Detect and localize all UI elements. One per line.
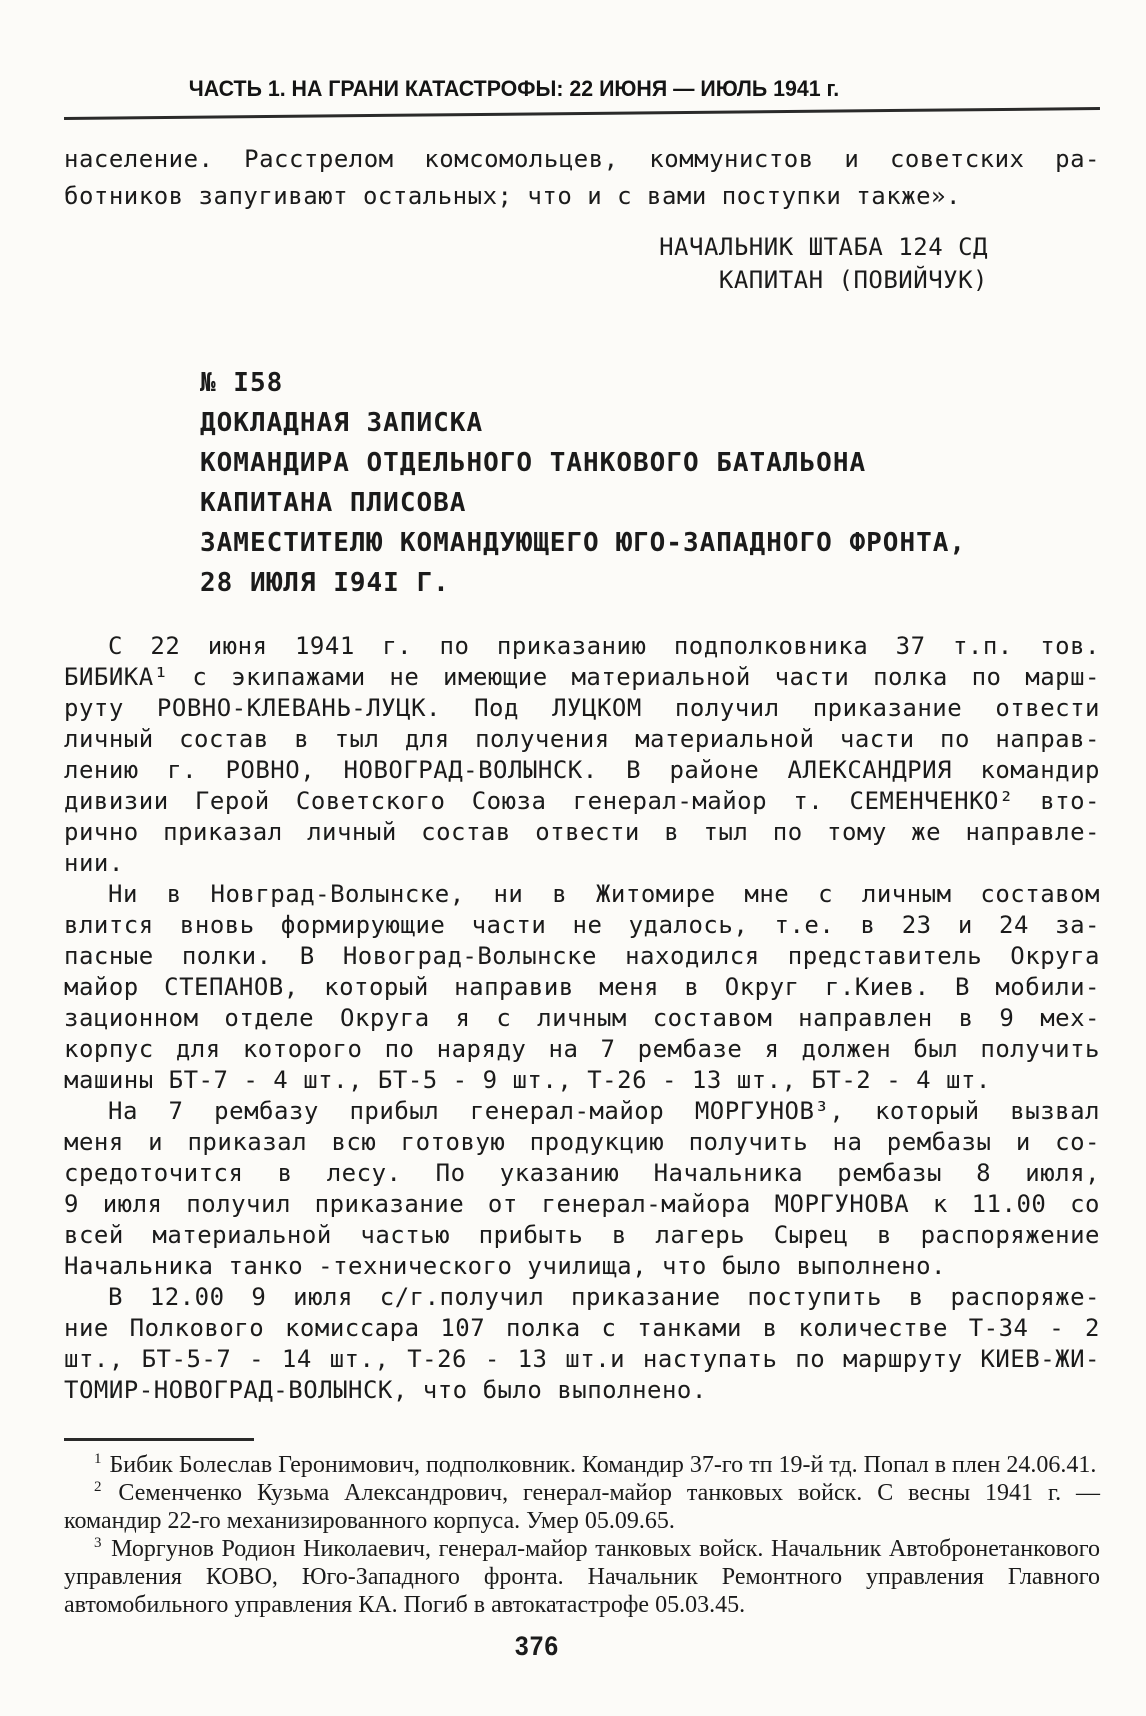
footnotes-section: 1 Бибик Болеслав Геронимович, подполковн… — [64, 1451, 1100, 1619]
text-line: № I58 — [200, 363, 1100, 403]
text-line: Начальника танко -технического училища, … — [64, 1251, 1100, 1282]
text-line: ние Полкового комиссара 107 полка с танк… — [64, 1313, 1100, 1344]
excerpt-paragraph: население. Расстрелом комсомольцев, комм… — [64, 141, 1100, 215]
text-line: меня и приказал всю готовую продукцию по… — [64, 1127, 1100, 1158]
text-line: БИБИКА¹ с экипажами не имеющие материаль… — [64, 662, 1100, 693]
text-line: КАПИТАНА ПЛИСОВА — [200, 483, 1100, 523]
book-page: ЧАСТЬ 1. НА ГРАНИ КАТАСТРОФЫ: 22 ИЮНЯ — … — [0, 0, 1146, 1716]
text-line: ТОМИР-НОВОГРАД-ВОЛЫНСК, что было выполне… — [64, 1375, 1100, 1406]
text-line: корпус для которого по наряду на 7 ремба… — [64, 1034, 1100, 1065]
header-rule — [64, 107, 1100, 120]
text-line: В 12.00 9 июля с/г.получил приказание по… — [64, 1282, 1100, 1313]
text-line: нии. — [64, 848, 1100, 879]
text-line: лению г. РОВНО, НОВОГРАД-ВОЛЫНСК. В райо… — [64, 755, 1100, 786]
footnote-item: 3 Моргунов Родион Николаевич, генерал-ма… — [64, 1535, 1100, 1619]
text-line: всей материальной частью прибыть в лагер… — [64, 1220, 1100, 1251]
text-line: машины БТ-7 - 4 шт., БТ-5 - 9 шт., Т-26 … — [64, 1065, 1100, 1096]
text-line: ботников запугивают остальных; что и с в… — [64, 178, 1100, 215]
signature-block: НАЧАЛЬНИК ШТАБА 124 СДКАПИТАН (ПОВИЙЧУК) — [64, 231, 1100, 297]
document-paragraph: На 7 рембазу прибыл генерал-майор МОРГУН… — [64, 1096, 1100, 1282]
text-line: майор СТЕПАНОВ, который направив меня в … — [64, 972, 1100, 1003]
document-paragraph: Ни в Новград-Волынске, ни в Житомире мне… — [64, 879, 1100, 1096]
text-line: ДОКЛАДНАЯ ЗАПИСКА — [200, 403, 1100, 443]
footnote-item: 1 Бибик Болеслав Геронимович, подполковн… — [64, 1451, 1100, 1479]
text-line: НАЧАЛЬНИК ШТАБА 124 СД — [64, 231, 988, 264]
text-line: рично приказал личный состав отвести в т… — [64, 817, 1100, 848]
page-number: 376 — [60, 1631, 1013, 1662]
text-line: руту РОВНО-КЛЕВАНЬ-ЛУЦК. Под ЛУЦКОМ полу… — [64, 693, 1100, 724]
document-title: № I58ДОКЛАДНАЯ ЗАПИСКАКОМАНДИРА ОТДЕЛЬНО… — [200, 363, 1100, 603]
text-line: влится вновь формирующие части не удалос… — [64, 910, 1100, 941]
text-line: зационном отделе Округа я с личным соста… — [64, 1003, 1100, 1034]
document-body: С 22 июня 1941 г. по приказанию подполко… — [64, 631, 1100, 1406]
text-line: население. Расстрелом комсомольцев, комм… — [64, 141, 1100, 178]
text-line: пасные полки. В Новоград-Волынске находи… — [64, 941, 1100, 972]
text-line: На 7 рембазу прибыл генерал-майор МОРГУН… — [64, 1096, 1100, 1127]
text-line: личный состав в тыл для получения матери… — [64, 724, 1100, 755]
footnote-item: 2 Семенченко Кузьма Александрович, генер… — [64, 1479, 1100, 1535]
text-line: С 22 июня 1941 г. по приказанию подполко… — [64, 631, 1100, 662]
document-paragraph: С 22 июня 1941 г. по приказанию подполко… — [64, 631, 1100, 879]
text-line: дивизии Герой Советского Союза генерал-м… — [64, 786, 1100, 817]
footnote-marker: 3 — [94, 1535, 102, 1551]
text-line: КОМАНДИРА ОТДЕЛЬНОГО ТАНКОВОГО БАТАЛЬОНА — [200, 443, 1100, 483]
footnote-marker: 1 — [94, 1451, 102, 1467]
text-line: Ни в Новград-Волынске, ни в Житомире мне… — [64, 879, 1100, 910]
running-header: ЧАСТЬ 1. НА ГРАНИ КАТАСТРОФЫ: 22 ИЮНЯ — … — [12, 76, 1017, 102]
text-line: 28 ИЮЛЯ I94I Г. — [200, 563, 1100, 603]
footnote-marker: 2 — [94, 1479, 102, 1495]
text-line: 9 июля получил приказание от генерал-май… — [64, 1189, 1100, 1220]
text-line: средоточится в лесу. По указанию Начальн… — [64, 1158, 1100, 1189]
document-paragraph: В 12.00 9 июля с/г.получил приказание по… — [64, 1282, 1100, 1406]
text-line: ЗАМЕСТИТЕЛЮ КОМАНДУЮЩЕГО ЮГО-ЗАПАДНОГО Ф… — [200, 523, 1100, 563]
text-line: шт., БТ-5-7 - 14 шт., Т-26 - 13 шт.и нас… — [64, 1344, 1100, 1375]
footnote-separator — [64, 1438, 254, 1441]
text-line: КАПИТАН (ПОВИЙЧУК) — [64, 264, 988, 297]
